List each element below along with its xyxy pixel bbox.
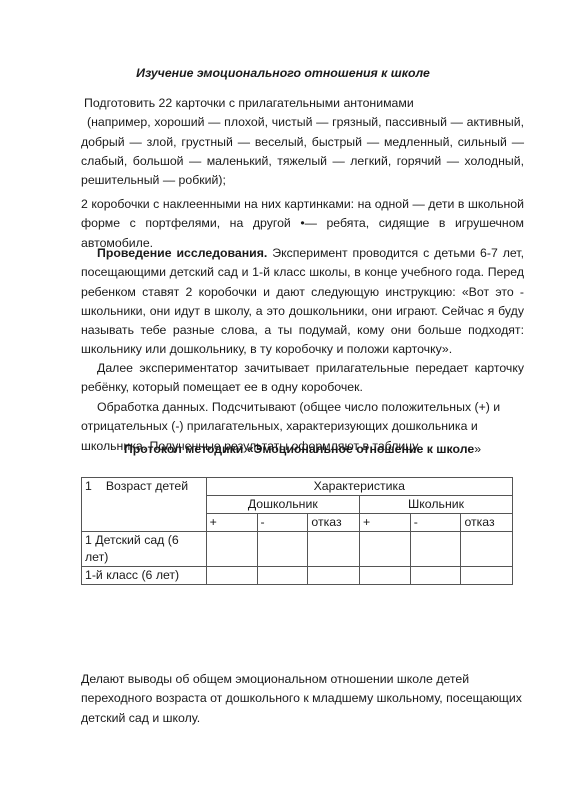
table-row: 1 Детский сад (6 лет) <box>82 532 513 567</box>
protocol-title-bold: Протокол методики «Эмоциональное отношен… <box>124 442 474 456</box>
document-page: Изучение эмоционального отношения к школ… <box>0 0 566 800</box>
prepare-line2: (например, хороший — плохой, чистый — гр… <box>81 113 524 190</box>
group-preschool: Дошкольник <box>206 496 359 514</box>
paragraph-conclusion: Делают выводы об общем эмоциональном отн… <box>81 670 531 728</box>
subheader-cell: - <box>257 514 308 532</box>
table-header-row: 1Возраст детей Характеристика <box>82 478 513 496</box>
data-cell <box>360 532 411 567</box>
table-row: 1-й класс (6 лет) <box>82 567 513 585</box>
protocol-title-tail: » <box>474 442 481 456</box>
data-cell <box>461 567 513 585</box>
procedure-text: Эксперимент проводится с детьми 6-7 лет,… <box>81 246 524 356</box>
data-cell <box>360 567 411 585</box>
data-cell <box>308 567 360 585</box>
data-cell <box>410 567 461 585</box>
paragraph-prepare: Подготовить 22 карточки с прилагательным… <box>81 94 524 190</box>
subheader-cell: + <box>360 514 411 532</box>
data-cell <box>461 532 513 567</box>
paragraph-procedure: Проведение исследования. Эксперимент про… <box>81 244 524 360</box>
row-label: 1 Детский сад (6 лет) <box>82 532 207 567</box>
document-title: Изучение эмоционального отношения к школ… <box>0 66 566 80</box>
data-cell <box>257 532 308 567</box>
protocol-table: 1Возраст детей Характеристика Дошкольник… <box>81 477 513 585</box>
subheader-cell: - <box>410 514 461 532</box>
row-label: 1-й класс (6 лет) <box>82 567 207 585</box>
protocol-title: Протокол методики «Эмоциональное отношен… <box>81 440 524 459</box>
subheader-cell: отказ <box>461 514 513 532</box>
header-characteristic: Характеристика <box>206 478 512 496</box>
header-age: Возраст детей <box>106 479 188 493</box>
subheader-cell: отказ <box>308 514 360 532</box>
data-cell <box>257 567 308 585</box>
header-age-cell: 1Возраст детей <box>82 478 207 532</box>
header-num: 1 <box>85 479 92 493</box>
data-cell <box>410 532 461 567</box>
prepare-line1: Подготовить 22 карточки с прилагательным… <box>81 94 524 113</box>
paragraph-next: Далее экспериментатор зачитывает прилага… <box>81 359 524 398</box>
procedure-lead: Проведение исследования. <box>97 246 267 260</box>
data-cell <box>308 532 360 567</box>
group-school: Школьник <box>360 496 513 514</box>
subheader-cell: + <box>206 514 257 532</box>
data-cell <box>206 532 257 567</box>
data-cell <box>206 567 257 585</box>
